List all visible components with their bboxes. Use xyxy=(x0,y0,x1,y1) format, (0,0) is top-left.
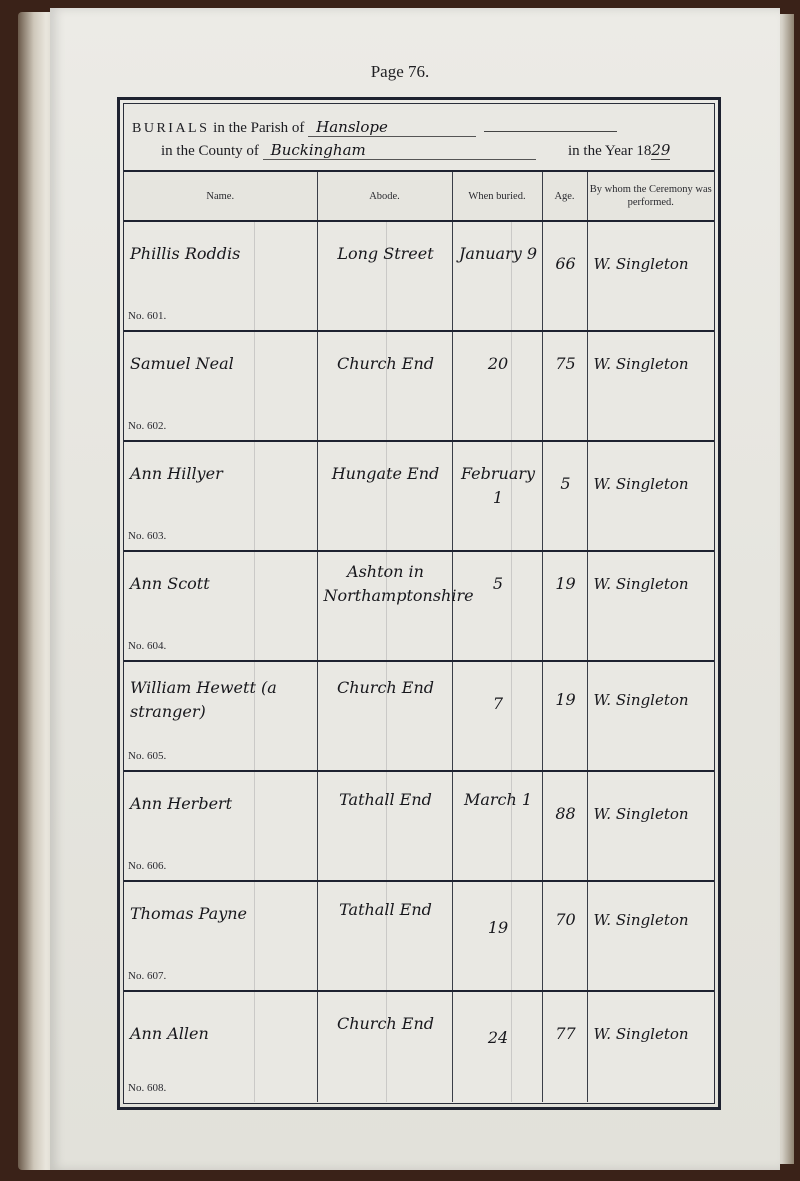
abode-cell: Hungate End xyxy=(317,441,452,551)
officiant-cell: W. Singleton xyxy=(587,441,714,551)
entry-age: 70 xyxy=(549,908,583,932)
column-header-when-buried: When buried. xyxy=(452,172,542,221)
name-cell: Ann HillyerNo. 603. xyxy=(124,441,317,551)
name-cell: Samuel NealNo. 602. xyxy=(124,331,317,441)
table-row: Ann HerbertNo. 606. Tathall End March 1 … xyxy=(124,771,714,881)
entry-officiant: W. Singleton xyxy=(594,352,711,376)
name-cell: Thomas PayneNo. 607. xyxy=(124,881,317,991)
table-row: Samuel NealNo. 602. Church End 20 75 W. … xyxy=(124,331,714,441)
entry-when-buried: 24 xyxy=(459,1026,538,1050)
officiant-cell: W. Singleton xyxy=(587,331,714,441)
entry-name: Ann Hillyer xyxy=(130,462,313,486)
column-header-name: Name. xyxy=(124,172,317,221)
name-cell: Phillis RoddisNo. 601. xyxy=(124,221,317,331)
entry-abode: Long Street xyxy=(324,242,448,266)
abode-cell: Church End xyxy=(317,661,452,771)
entry-name: Phillis Roddis xyxy=(130,242,313,266)
age-cell: 70 xyxy=(542,881,587,991)
name-cell: Ann AllenNo. 608. xyxy=(124,991,317,1102)
county-prefix: in the County of xyxy=(161,143,259,159)
table-row: Ann ScottNo. 604. Ashton in Northamptons… xyxy=(124,551,714,661)
year-value: 29 xyxy=(651,141,670,160)
when-buried-cell: 7 xyxy=(452,661,542,771)
entry-number: No. 608. xyxy=(128,1082,166,1094)
name-cell: Ann HerbertNo. 606. xyxy=(124,771,317,881)
abode-cell: Tathall End xyxy=(317,771,452,881)
entry-officiant: W. Singleton xyxy=(594,252,711,276)
entry-when-buried: 20 xyxy=(459,352,538,376)
entry-officiant: W. Singleton xyxy=(594,572,711,596)
entry-officiant: W. Singleton xyxy=(594,688,711,712)
entry-number: No. 607. xyxy=(128,970,166,982)
entry-when-buried: March 1 xyxy=(459,788,538,812)
officiant-cell: W. Singleton xyxy=(587,221,714,331)
entry-officiant: W. Singleton xyxy=(594,1022,711,1046)
officiant-cell: W. Singleton xyxy=(587,881,714,991)
when-buried-cell: 19 xyxy=(452,881,542,991)
entry-number: No. 606. xyxy=(128,860,166,872)
column-header-age: Age. xyxy=(542,172,587,221)
when-buried-cell: 24 xyxy=(452,991,542,1102)
entry-number: No. 602. xyxy=(128,420,166,432)
parish-value: Hanslope xyxy=(308,118,476,137)
entry-age: 5 xyxy=(549,472,583,496)
entry-abode: Tathall End xyxy=(324,788,448,812)
entry-name: Thomas Payne xyxy=(130,902,313,926)
name-cell: William Hewett (a stranger)No. 605. xyxy=(124,661,317,771)
parish-prefix: in the Parish of xyxy=(213,120,304,136)
entry-abode: Hungate End xyxy=(324,462,448,486)
entry-number: No. 604. xyxy=(128,640,166,652)
entry-name: William Hewett (a stranger) xyxy=(130,676,313,724)
burial-register-table: BURIALS in the Parish of Hanslope in the… xyxy=(117,97,721,1110)
entry-number: No. 601. xyxy=(128,310,166,322)
officiant-cell: W. Singleton xyxy=(587,661,714,771)
age-cell: 19 xyxy=(542,661,587,771)
entry-name: Ann Herbert xyxy=(130,792,313,816)
column-headers: Name. Abode. When buried. Age. By whom t… xyxy=(124,172,714,221)
table-row: Thomas PayneNo. 607. Tathall End 19 70 W… xyxy=(124,881,714,991)
burials-label: BURIALS xyxy=(132,121,209,136)
entry-officiant: W. Singleton xyxy=(594,802,711,826)
age-cell: 19 xyxy=(542,551,587,661)
entry-abode: Church End xyxy=(324,676,448,700)
entry-when-buried: February 1 xyxy=(459,462,538,510)
abode-cell: Ashton in Northamptonshire xyxy=(317,551,452,661)
abode-cell: Church End xyxy=(317,991,452,1102)
officiant-cell: W. Singleton xyxy=(587,771,714,881)
entry-abode: Church End xyxy=(324,352,448,376)
entry-age: 88 xyxy=(549,802,583,826)
entry-officiant: W. Singleton xyxy=(594,472,711,496)
abode-cell: Long Street xyxy=(317,221,452,331)
when-buried-cell: March 1 xyxy=(452,771,542,881)
entry-when-buried: 7 xyxy=(459,692,538,716)
age-cell: 77 xyxy=(542,991,587,1102)
entry-officiant: W. Singleton xyxy=(594,908,711,932)
county-value: Buckingham xyxy=(263,141,536,160)
entry-age: 19 xyxy=(549,572,583,596)
abode-cell: Church End xyxy=(317,331,452,441)
entries-table: Name. Abode. When buried. Age. By whom t… xyxy=(124,172,714,1102)
entry-age: 77 xyxy=(549,1022,583,1046)
age-cell: 75 xyxy=(542,331,587,441)
register-heading: BURIALS in the Parish of Hanslope in the… xyxy=(124,104,714,172)
entry-number: No. 605. xyxy=(128,750,166,762)
page-number: Page 76. xyxy=(0,62,800,82)
entry-abode: Church End xyxy=(324,1012,448,1036)
entry-age: 66 xyxy=(549,252,583,276)
entry-number: No. 603. xyxy=(128,530,166,542)
column-header-abode: Abode. xyxy=(317,172,452,221)
entry-age: 19 xyxy=(549,688,583,712)
entry-when-buried: 5 xyxy=(459,572,538,596)
entry-name: Samuel Neal xyxy=(130,352,313,376)
when-buried-cell: 5 xyxy=(452,551,542,661)
table-row: Ann AllenNo. 608. Church End 24 77 W. Si… xyxy=(124,991,714,1102)
entry-age: 75 xyxy=(549,352,583,376)
abode-cell: Tathall End xyxy=(317,881,452,991)
entry-when-buried: 19 xyxy=(459,916,538,940)
entry-name: Ann Scott xyxy=(130,572,313,596)
year-prefix: in the Year 18 xyxy=(568,143,651,159)
table-row: William Hewett (a stranger)No. 605. Chur… xyxy=(124,661,714,771)
when-buried-cell: January 9 xyxy=(452,221,542,331)
when-buried-cell: February 1 xyxy=(452,441,542,551)
age-cell: 66 xyxy=(542,221,587,331)
age-cell: 5 xyxy=(542,441,587,551)
parish-extra-line xyxy=(484,131,617,132)
column-header-officiant: By whom the Ceremony was performed. xyxy=(587,172,714,221)
table-row: Ann HillyerNo. 603. Hungate End February… xyxy=(124,441,714,551)
table-row: Phillis RoddisNo. 601. Long Street Janua… xyxy=(124,221,714,331)
name-cell: Ann ScottNo. 604. xyxy=(124,551,317,661)
entry-when-buried: January 9 xyxy=(459,242,538,266)
age-cell: 88 xyxy=(542,771,587,881)
officiant-cell: W. Singleton xyxy=(587,991,714,1102)
entry-name: Ann Allen xyxy=(130,1022,313,1046)
when-buried-cell: 20 xyxy=(452,331,542,441)
entry-abode: Tathall End xyxy=(324,898,448,922)
officiant-cell: W. Singleton xyxy=(587,551,714,661)
entry-abode: Ashton in Northamptonshire xyxy=(324,560,448,608)
